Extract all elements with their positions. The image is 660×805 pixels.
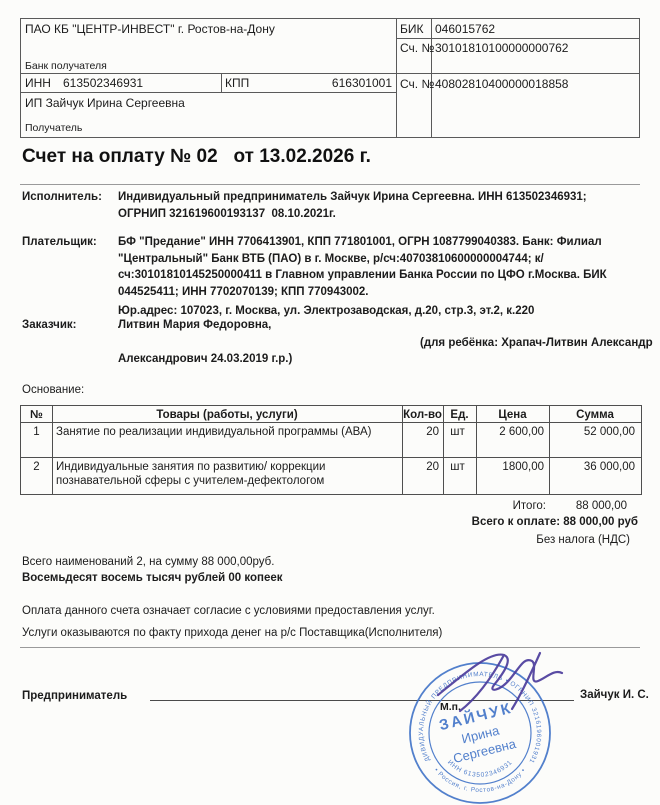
item-1-unit: шт [443,425,472,439]
item-2-qty: 20 [402,460,439,474]
customer-label: Заказчик: [22,317,77,334]
recipient-label: Получатель [25,122,82,134]
item-1-qty: 20 [402,425,439,439]
item-1-num: 1 [21,425,52,439]
terms-line-2: Услуги оказываются по факту прихода дене… [22,625,442,642]
payer-text: БФ "Предание" ИНН 7706413901, КПП 771801… [118,234,632,300]
customer-name: Литвин Мария Федоровна, [118,317,271,334]
signatory-role-label: Предприниматель [22,688,127,705]
items-header-sum: Сумма [549,408,641,422]
itogo-label: Итого: [513,498,546,515]
items-header-price: Цена [476,408,549,422]
kpp-label: КПП [225,76,249,90]
signatory-name: Зайчук И. С. [580,687,649,704]
executor-label: Исполнитель: [22,189,102,206]
payer-label: Плательщик: [22,234,97,251]
invoice-title: Счет на оплату № 02 от 13.02.2026 г. [22,146,371,168]
item-1-name: Занятие по реализации индивидуальной про… [56,425,398,439]
corr-account-value: 30101810100000000762 [435,41,568,55]
handwritten-signature [420,645,580,717]
bank-requisites-table: ПАО КБ "ЦЕНТР-ИНВЕСТ" г. Ростов-на-Дону … [20,18,640,138]
items-header-unit: Ед. [443,408,476,422]
bank-table-hline-bik [396,38,639,39]
bank-table-hline-inn [21,92,396,93]
bik-value: 046015762 [435,22,495,36]
item-1-sum: 52 000,00 [549,425,635,439]
settlement-account-value: 40802810400000018858 [435,77,568,91]
bank-table-vline-1 [396,19,397,137]
total-due-line: Всего к оплате: 88 000,00 руб [472,514,638,531]
bank-name: ПАО КБ "ЦЕНТР-ИНВЕСТ" г. Ростов-на-Дону [25,22,275,36]
terms-line-1: Оплата данного счета означает согласие с… [22,603,435,620]
items-hline-row1 [21,457,641,458]
basis-label: Основание: [22,382,84,399]
item-2-unit: шт [443,460,472,474]
items-hline-header [21,422,641,423]
items-header-qty: Кол-во [402,408,443,422]
corr-account-label: Сч. № [400,41,434,55]
bik-label: БИК [400,22,424,36]
items-header-name: Товары (работы, услуги) [52,408,402,422]
bank-table-vline-kpp [221,73,222,92]
amount-in-words: Восемьдесят восемь тысяч рублей 00 копее… [22,570,283,587]
kpp-value: 616301001 [261,76,392,90]
customer-child-note-2: Александрович 24.03.2019 г.р.) [118,351,292,368]
executor-text: Индивидуальный предприниматель Зайчук Ир… [118,189,632,222]
items-table: № Товары (работы, услуги) Кол-во Ед. Цен… [20,405,642,495]
items-header-num: № [21,408,52,422]
settlement-account-label: Сч. № [400,77,434,91]
title-divider [20,184,640,185]
customer-child-note-1: (для ребёнка: Храпач-Литвин Александр [420,335,653,352]
bank-label: Банк получателя [25,60,107,72]
item-2-sum: 36 000,00 [549,460,635,474]
tax-note: Без налога (НДС) [536,532,630,549]
item-2-price: 1800,00 [476,460,544,474]
signature-stroke-tail [460,655,504,711]
recipient-name: ИП Зайчук Ирина Сергеевна [25,96,185,110]
inn-value: 613502346931 [63,76,143,90]
bank-table-hline-mid [21,73,639,74]
item-2-name: Индивидуальные занятия по развитию/ корр… [56,460,398,488]
item-2-num: 2 [21,460,52,474]
item-1-price: 2 600,00 [476,425,544,439]
inn-label: ИНН [25,76,51,90]
items-count-line: Всего наименований 2, на сумму 88 000,00… [22,554,274,571]
itogo-value: 88 000,00 [576,498,627,515]
invoice-document: ПАО КБ "ЦЕНТР-ИНВЕСТ" г. Ростов-на-Дону … [0,0,660,805]
